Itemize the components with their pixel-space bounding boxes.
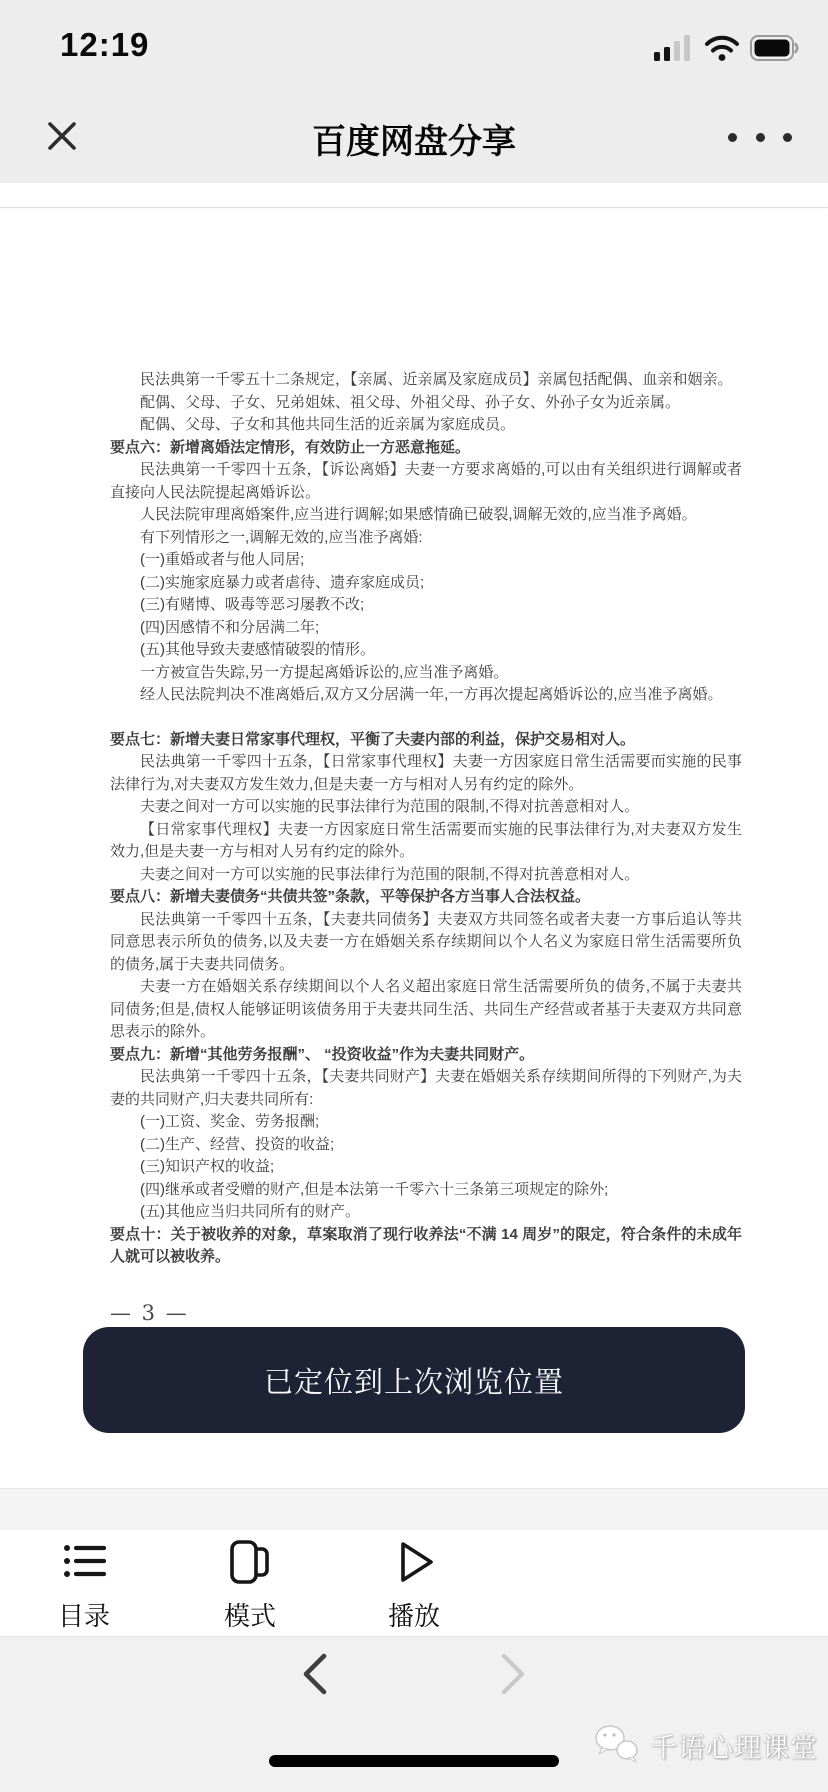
prev-page-button[interactable] (296, 1648, 336, 1700)
doc-paragraph: (三)有赌博、吸毒等恶习屡教不改; (110, 594, 742, 617)
screen: 12:19 (0, 0, 828, 1792)
watermark-text: 千语心理课堂 (650, 1726, 818, 1765)
watermark: 千语心理课堂 (590, 1720, 818, 1770)
doc-paragraph: 经人民法院判决不准离婚后,双方又分居满一年,一方再次提起离婚诉讼的,应当准予离婚… (110, 684, 742, 707)
wifi-icon (704, 35, 740, 62)
home-indicator[interactable] (269, 1755, 559, 1767)
doc-paragraph: 【日常家事代理权】夫妻一方因家庭日常生活需要而实施的民事法律行为,对夫妻双方发生… (110, 819, 742, 864)
doc-paragraph: (一)工资、奖金、劳务报酬; (110, 1111, 742, 1134)
status-bar: 12:19 (0, 0, 828, 96)
chevron-right-icon (492, 1648, 532, 1700)
toolbar-item-label: 模式 (224, 1596, 276, 1633)
cellular-signal-icon (654, 34, 694, 62)
battery-icon (750, 35, 800, 61)
status-time: 12:19 (60, 26, 149, 64)
toast-located-notice: 已定位到上次浏览位置 (83, 1327, 745, 1433)
toolbar-item-toc[interactable]: 目录 (19, 1536, 149, 1634)
nav-bar: 百度网盘分享 (0, 96, 828, 183)
doc-paragraph: 民法典第一千零四十五条，【夫妻共同财产】夫妻在婚姻关系存续期间所得的下列财产,为… (110, 1066, 742, 1111)
play-icon (390, 1536, 438, 1588)
toolbar-item-label: 播放 (388, 1596, 440, 1633)
brand-logo-icon (590, 1720, 646, 1770)
doc-paragraph: 人民法院审理离婚案件,应当进行调解;如果感情确已破裂,调解无效的,应当准予离婚。 (110, 504, 742, 527)
doc-paragraph: 民法典第一千零四十五条，【夫妻共同债务】夫妻双方共同签名或者夫妻一方事后追认等共… (110, 909, 742, 977)
more-dots-icon (728, 133, 737, 142)
toolbar-item-label: 目录 (58, 1596, 110, 1633)
mode-pages-icon (224, 1536, 276, 1588)
doc-paragraph (110, 707, 742, 729)
doc-paragraph: 夫妻之间对一方可以实施的民事法律行为范围的限制,不得对抗善意相对人。 (110, 864, 742, 887)
doc-heading: 要点八：新增夫妻债务“共债共签”条款，平等保护各方当事人合法权益。 (110, 886, 742, 909)
doc-paragraph: (四)继承或者受赠的财产,但是本法第一千零六十三条第三项规定的除外; (110, 1179, 742, 1202)
doc-heading: 要点六：新增离婚法定情形，有效防止一方恶意拖延。 (110, 437, 742, 460)
doc-paragraph: (二)生产、经营、投资的收益; (110, 1134, 742, 1157)
doc-heading: 要点十：关于被收养的对象，草案取消了现行收养法“不满 14 周岁”的限定，符合条… (110, 1224, 742, 1269)
doc-paragraph: 一方被宣告失踪,另一方提起离婚诉讼的,应当准予离婚。 (110, 662, 742, 685)
page-gap-band (0, 1488, 828, 1532)
more-dots-icon (756, 133, 765, 142)
doc-paragraph: 有下列情形之一,调解无效的,应当准予离婚: (110, 527, 742, 550)
doc-paragraph: 民法典第一千零四十五条，【诉讼离婚】夫妻一方要求离婚的,可以由有关组织进行调解或… (110, 459, 742, 504)
toolbar-item-mode[interactable]: 模式 (185, 1536, 315, 1634)
more-button[interactable] (728, 122, 792, 152)
toolbar-item-play[interactable]: 播放 (349, 1536, 479, 1634)
doc-paragraph: 配偶、父母、子女、兄弟姐妹、祖父母、外祖父母、孙子女、外孙子女为近亲属。 (110, 392, 742, 415)
top-chrome: 12:19 (0, 0, 828, 183)
toast-text: 已定位到上次浏览位置 (264, 1360, 564, 1401)
doc-paragraph: (五)其他应当归共同所有的财产。 (110, 1201, 742, 1224)
document-body: 民法典第一千零五十二条规定，【亲属、近亲属及家庭成员】亲属包括配偶、血亲和姻亲。… (110, 369, 742, 1325)
reader-toolbar: 目录 模式 播放 (0, 1530, 828, 1636)
more-dots-icon (783, 133, 792, 142)
doc-paragraph: (二)实施家庭暴力或者虐待、遗弃家庭成员; (110, 572, 742, 595)
doc-paragraph: (一)重婚或者与他人同居; (110, 549, 742, 572)
doc-paragraph: (四)因感情不和分居满二年; (110, 617, 742, 640)
doc-paragraph: 夫妻一方在婚姻关系存续期间以个人名义超出家庭日常生活需要所负的债务,不属于夫妻共… (110, 976, 742, 1044)
page-number: — 3 — (110, 1301, 742, 1325)
doc-paragraph: (三)知识产权的收益; (110, 1156, 742, 1179)
doc-heading: 要点九：新增“其他劳务报酬”、 “投资收益”作为夫妻共同财产。 (110, 1044, 742, 1067)
doc-paragraph: 民法典第一千零五十二条规定，【亲属、近亲属及家庭成员】亲属包括配偶、血亲和姻亲。 (110, 369, 742, 392)
page-title: 百度网盘分享 (0, 114, 828, 163)
header-divider (0, 207, 828, 208)
doc-paragraph: 民法典第一千零四十五条，【日常家事代理权】夫妻一方因家庭日常生活需要而实施的民事… (110, 751, 742, 796)
doc-paragraph: 配偶、父母、子女和其他共同生活的近亲属为家庭成员。 (110, 414, 742, 437)
doc-paragraph: (五)其他导致夫妻感情破裂的情形。 (110, 639, 742, 662)
doc-heading: 要点七：新增夫妻日常家事代理权，平衡了夫妻内部的利益，保护交易相对人。 (110, 729, 742, 752)
next-page-button[interactable] (492, 1648, 532, 1700)
chevron-left-icon (296, 1648, 336, 1700)
toc-list-icon (60, 1536, 108, 1588)
doc-paragraph: 夫妻之间对一方可以实施的民事法律行为范围的限制,不得对抗善意相对人。 (110, 796, 742, 819)
